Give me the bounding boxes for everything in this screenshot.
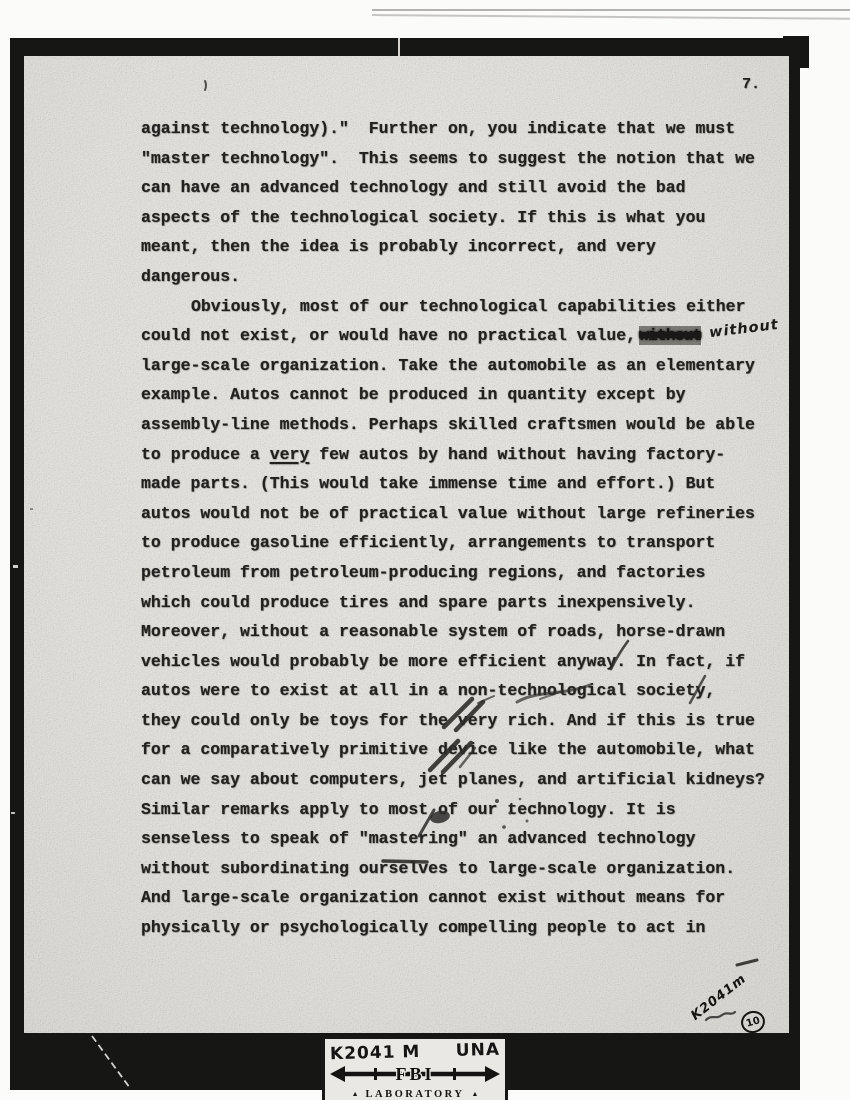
text-line: without subordinating ourselves to large… [141,854,791,884]
text-line: example. Autos cannot be produced in qua… [141,380,791,410]
typed-text-segment: can we say about computers, jet planes, … [141,770,765,789]
text-line: aspects of the technological society. If… [141,203,791,233]
text-line: which could produce tires and spare part… [141,588,791,618]
scan-scratch-line [372,14,850,20]
typed-text-segment: physically or psychologically compelling… [141,918,705,937]
fbi-lab-stamp: K2041 M UNA FBI ▲ LABORATORY ▲ [322,1036,508,1100]
typed-text-segment: petroleum from petroleum-producing regio… [141,563,705,582]
text-line: assembly-line methods. Perhaps skilled c… [141,410,791,440]
text-line: to produce a very few autos by hand with… [141,440,791,470]
text-line: vehicles would probably be more efficien… [141,647,791,677]
scan-scratch-line [372,9,850,11]
typed-text-segment: autos were to exist at all in a non-tech… [141,681,715,700]
stamp-left-triangle-icon: ▲ [352,1090,359,1098]
typed-text-segment: vehicles would probably be more efficien… [141,652,745,671]
text-line: Moreover, without a reasonable system of… [141,617,791,647]
text-line: for a comparatively primitive device lik… [141,735,791,765]
typed-text-segment: meant, then the idea is probably incorre… [141,237,656,256]
typed-text-segment: made parts. (This would take immense tim… [141,474,715,493]
typed-text-segment: which could produce tires and spare part… [141,593,696,612]
text-line: physically or psychologically compelling… [141,913,791,943]
stamp-agency-row: FBI [330,1063,500,1085]
text-line: can we say about computers, jet planes, … [141,765,791,795]
typed-text-segment: to produce a [141,445,270,464]
typed-text-segment: they could only be toys for the very ric… [141,711,755,730]
stamp-specimen-id: K2041 M [330,1041,421,1063]
typed-text-segment: Similar remarks apply to most of our tec… [141,800,676,819]
text-line: can have an advanced technology and stil… [141,173,791,203]
typed-letter-body: against technology)." Further on, you in… [141,114,791,943]
text-line: And large-scale organization cannot exis… [141,883,791,913]
typed-text-segment: Obviously, most of our technological cap… [191,297,746,316]
fbi-double-arrow-icon: FBI [330,1063,500,1085]
text-line: Obviously, most of our technological cap… [141,292,791,322]
text-line: made parts. (This would take immense tim… [141,469,791,499]
typed-text-segment: dangerous. [141,267,240,286]
typed-text-segment: can have an advanced technology and stil… [141,178,686,197]
text-line: autos were to exist at all in a non-tech… [141,676,791,706]
stamp-right-triangle-icon: ▲ [471,1090,478,1098]
text-line: "master technology". This seems to sugge… [141,144,791,174]
text-line: petroleum from petroleum-producing regio… [141,558,791,588]
stamp-unit-row: ▲ LABORATORY ▲ [330,1086,500,1100]
text-line: to produce gasoline efficiently, arrange… [141,528,791,558]
typed-text-segment: for a comparatively primitive device lik… [141,740,755,759]
typed-text-segment: "master technology". This seems to sugge… [141,149,755,168]
typed-text-segment: without subordinating ourselves to large… [141,859,735,878]
typed-text-segment: assembly-line methods. Perhaps skilled c… [141,415,755,434]
typed-text-segment: aspects of the technological society. If… [141,208,705,227]
stamp-unit-text: LABORATORY [366,1089,465,1100]
typed-text-segment: could not exist, or would have no practi… [141,326,636,345]
struck-out-word: without [639,326,701,345]
page-number: 7. [742,76,760,93]
scanned-document-screenshot: { "page": { "number": "7." }, "document"… [0,0,850,1100]
text-line: Similar remarks apply to most of our tec… [141,795,791,825]
typed-text-segment: very [270,445,310,464]
text-line: against technology)." Further on, you in… [141,114,791,144]
text-line: could not exist, or would have no practi… [141,321,791,351]
text-line: dangerous. [141,262,791,292]
typed-text-segment: Moreover, without a reasonable system of… [141,622,725,641]
stamp-agency-text: FBI [395,1064,434,1084]
typed-text-segment: And large-scale organization cannot exis… [141,888,725,907]
text-line: autos would not be of practical value wi… [141,499,791,529]
text-line: meant, then the idea is probably incorre… [141,232,791,262]
text-line: they could only be toys for the very ric… [141,706,791,736]
typed-text-segment: autos would not be of practical value wi… [141,504,755,523]
text-line: senseless to speak of "mastering" an adv… [141,824,791,854]
typed-text-segment: example. Autos cannot be produced in qua… [141,385,686,404]
typed-text-segment: against technology)." Further on, you in… [141,119,735,138]
typed-text-segment: senseless to speak of "mastering" an adv… [141,829,696,848]
typed-text-segment: few autos by hand without having factory… [309,445,725,464]
stamp-specimen-row: K2041 M UNA [330,1038,501,1065]
typed-text-segment: to produce gasoline efficiently, arrange… [141,533,715,552]
stamp-case-label: UNA [456,1039,501,1060]
typed-text-segment: large-scale organization. Take the autom… [141,356,755,375]
text-line: large-scale organization. Take the autom… [141,351,791,381]
